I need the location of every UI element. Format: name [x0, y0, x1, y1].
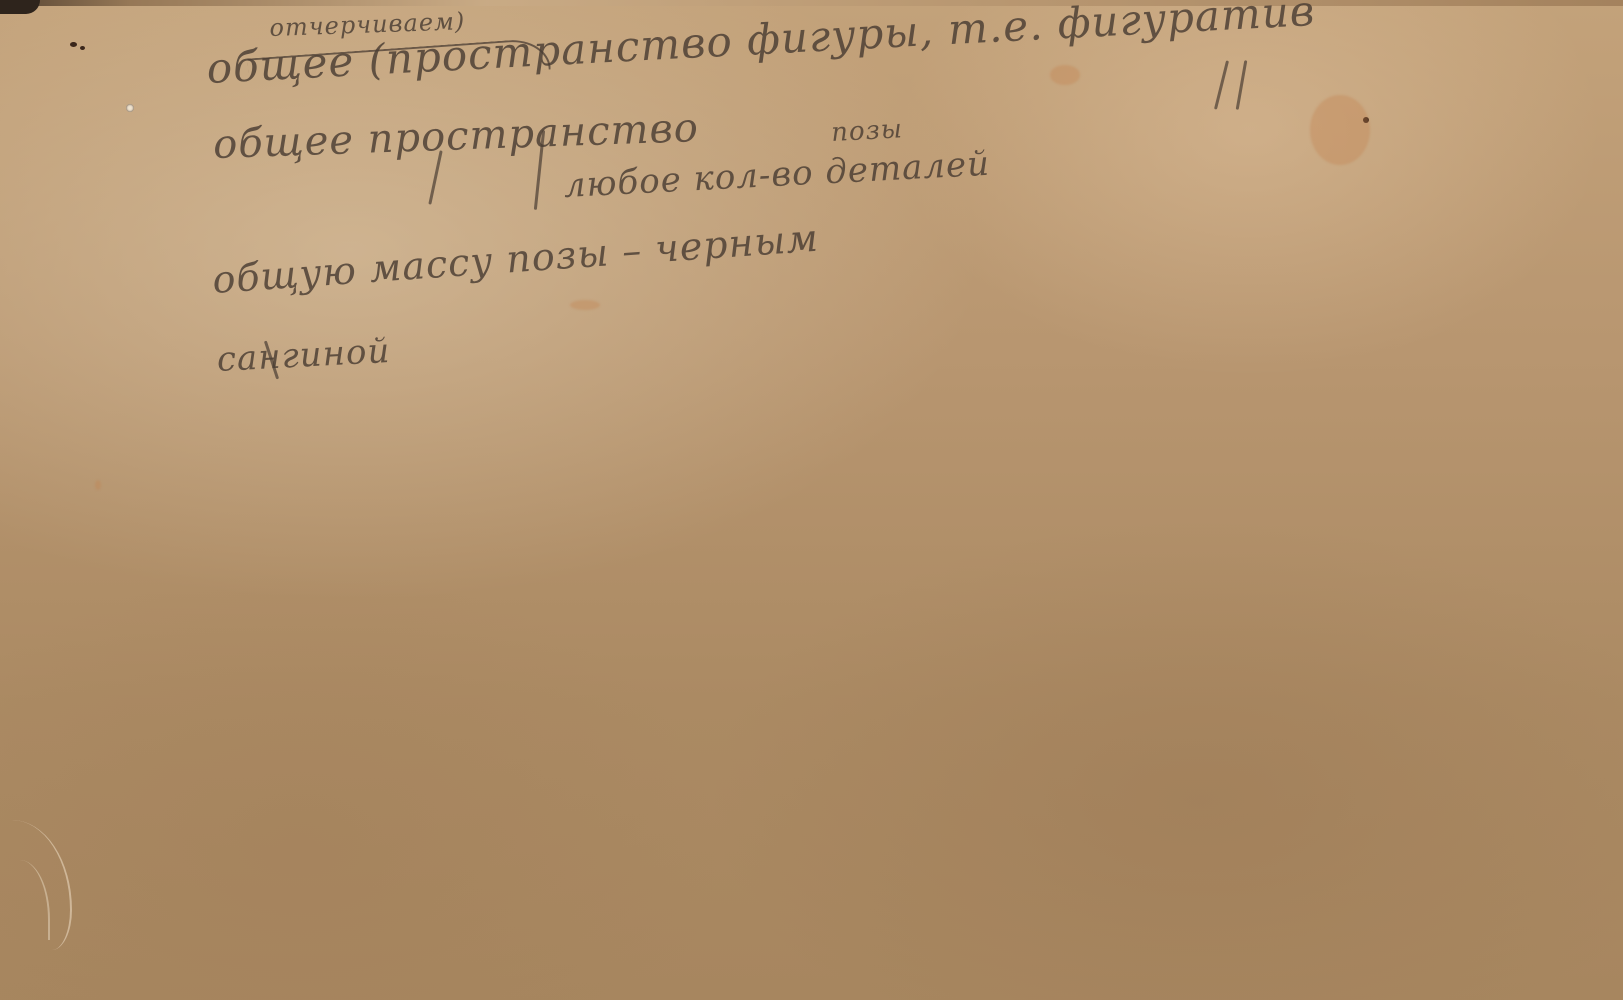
paper-top-edge [0, 0, 1623, 6]
handwritten-inline-word: позы [830, 114, 903, 148]
foxing-stain [95, 480, 101, 490]
ink-speck [80, 46, 85, 50]
foxing-stain [1310, 95, 1370, 165]
foxing-stain [570, 300, 600, 310]
foxing-stain [1050, 65, 1080, 85]
ink-speck [70, 42, 77, 47]
paper-pinhole [126, 104, 134, 112]
